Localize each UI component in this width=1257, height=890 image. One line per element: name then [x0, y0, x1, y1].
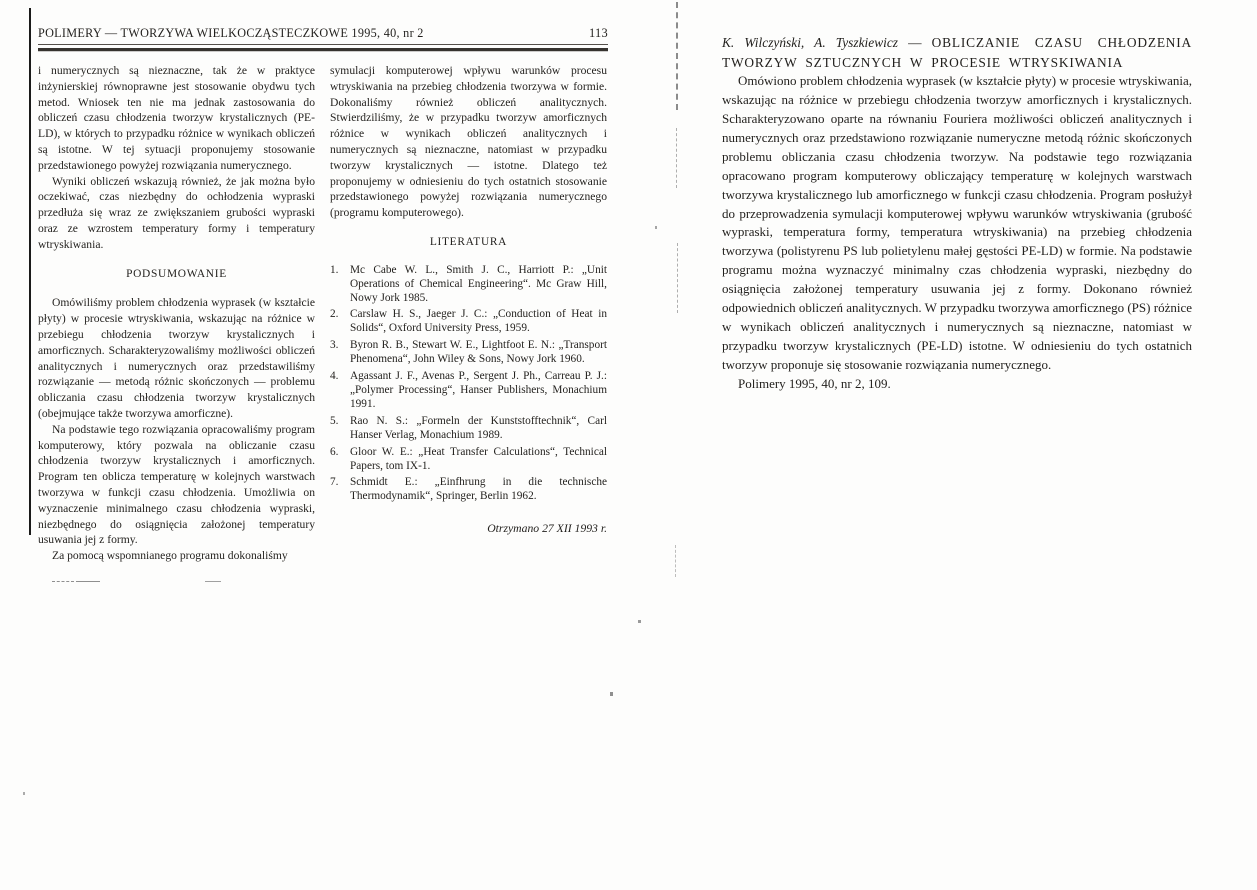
reference-item: 1. Mc Cabe W. L., Smith J. C., Harriott … [330, 264, 607, 306]
reference-item: 3. Byron R. B., Stewart W. E., Lightfoot… [330, 339, 607, 367]
literature-heading: LITERATURA [330, 235, 607, 251]
scan-speck [23, 792, 25, 795]
reference-item: 4. Agassant J. F., Avenas P., Sergent J.… [330, 370, 607, 412]
reference-number: 1. [330, 264, 343, 306]
reference-number: 2. [330, 308, 343, 336]
scan-edge-artifact [29, 8, 31, 535]
reference-text: Agassant J. F., Avenas P., Sergent J. Ph… [350, 370, 607, 412]
reference-text: Mc Cabe W. L., Smith J. C., Harriott P.:… [350, 264, 607, 306]
right-column: symulacji komputerowej wpływu warunków p… [330, 63, 607, 564]
left-column: i numerycznych są nieznaczne, tak że w p… [38, 63, 315, 564]
abstract-body: Omówiono problem chłodzenia wyprasek (w … [722, 72, 1192, 375]
reference-item: 2. Carslaw H. S., Jaeger J. C.: „Conduct… [330, 308, 607, 336]
body-paragraph: Wyniki obliczeń wskazują również, że jak… [38, 174, 315, 253]
reference-item: 7. Schmidt E.: „Einfhrung in die technis… [330, 476, 607, 504]
fold-line-artifact [675, 545, 676, 577]
page-number: 113 [589, 26, 608, 41]
received-date: Otrzymano 27 XII 1993 r. [330, 521, 607, 537]
scan-speck [610, 692, 613, 696]
reference-number: 6. [330, 446, 343, 474]
body-paragraph: Za pomocą wspomnianego programu dokonali… [38, 548, 315, 564]
reference-number: 3. [330, 339, 343, 367]
summary-heading: PODSUMOWANIE [38, 267, 315, 283]
fold-line-artifact [676, 128, 677, 188]
body-paragraph: Omówiliśmy problem chłodzenia wyprasek (… [38, 295, 315, 421]
abstract-heading: K. Wilczyński, A. Tyszkiewicz — OBLICZAN… [722, 33, 1192, 72]
abstract-authors: K. Wilczyński, A. Tyszkiewicz [722, 35, 898, 50]
pencil-mark [52, 581, 74, 582]
body-paragraph: Na podstawie tego rozwiązania opracowali… [38, 422, 315, 548]
body-paragraph: symulacji komputerowej wpływu warunków p… [330, 63, 607, 221]
pencil-mark [205, 581, 221, 582]
pencil-mark [76, 581, 100, 582]
body-paragraph: i numerycznych są nieznaczne, tak że w p… [38, 63, 315, 174]
abstract-citation: Polimery 1995, 40, nr 2, 109. [722, 375, 1192, 394]
fold-line-artifact [676, 2, 678, 110]
header-rule [38, 48, 608, 51]
reference-number: 7. [330, 476, 343, 504]
reference-item: 5. Rao N. S.: „Formeln der Kunststofftec… [330, 415, 607, 443]
right-page: K. Wilczyński, A. Tyszkiewicz — OBLICZAN… [722, 33, 1192, 394]
running-header: POLIMERY — TWORZYWA WIELKOCZĄSTECZKOWE 1… [38, 26, 608, 45]
reference-number: 4. [330, 370, 343, 412]
reference-text: Carslaw H. S., Jaeger J. C.: „Conduction… [350, 308, 607, 336]
left-page: POLIMERY — TWORZYWA WIELKOCZĄSTECZKOWE 1… [38, 26, 608, 564]
reference-number: 5. [330, 415, 343, 443]
reference-list: 1. Mc Cabe W. L., Smith J. C., Harriott … [330, 264, 607, 505]
reference-text: Byron R. B., Stewart W. E., Lightfoot E.… [350, 339, 607, 367]
scanned-journal-spread: POLIMERY — TWORZYWA WIELKOCZĄSTECZKOWE 1… [0, 0, 1257, 890]
reference-text: Rao N. S.: „Formeln der Kunststofftechni… [350, 415, 607, 443]
heading-dash: — [908, 35, 921, 50]
reference-item: 6. Gloor W. E.: „Heat Transfer Calculati… [330, 446, 607, 474]
fold-line-artifact [677, 243, 678, 313]
reference-text: Schmidt E.: „Einfhrung in die technische… [350, 476, 607, 504]
scan-speck [638, 620, 641, 623]
two-column-text: i numerycznych są nieznaczne, tak że w p… [38, 63, 608, 564]
reference-text: Gloor W. E.: „Heat Transfer Calculations… [350, 446, 607, 474]
scan-speck [655, 226, 657, 229]
journal-title: POLIMERY — TWORZYWA WIELKOCZĄSTECZKOWE 1… [38, 26, 424, 41]
